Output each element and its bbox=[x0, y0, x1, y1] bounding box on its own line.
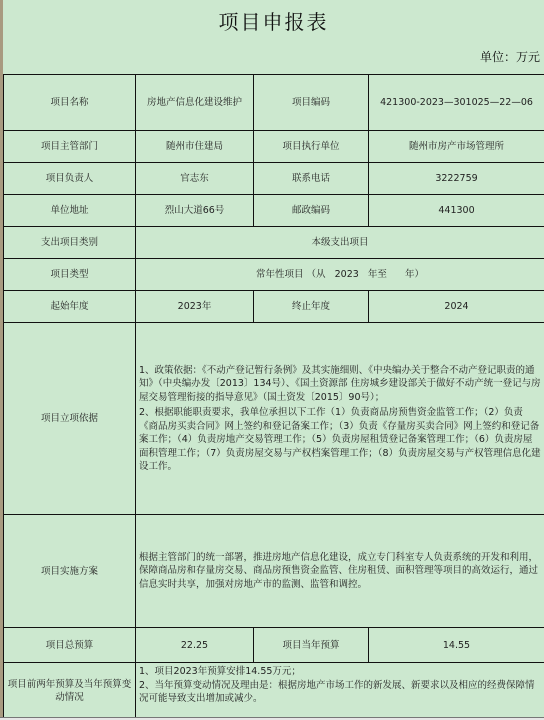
address-value[interactable]: 烈山大道66号 bbox=[136, 195, 254, 227]
project-code-label: 项目编码 bbox=[254, 75, 369, 131]
budget-change-paragraph-1: 1、项目2023年预算安排14.55万元； bbox=[139, 665, 541, 679]
leader-value[interactable]: 官志东 bbox=[136, 163, 254, 195]
project-name-label: 项目名称 bbox=[4, 75, 136, 131]
unit-label: 单位：万元 bbox=[480, 48, 540, 65]
project-type-value[interactable]: 常年性项目 （从 2023 年至 年） bbox=[136, 259, 544, 291]
start-year-label: 起始年度 bbox=[4, 291, 136, 323]
table-row: 项目主管部门 随州市住建局 项目执行单位 随州市房产市场管理所 bbox=[4, 131, 544, 163]
plan-value[interactable]: 根据主管部门的统一部署，推进房地产信息化建设，成立专门科室专人负责系统的开发和利… bbox=[136, 515, 544, 628]
table-row: 单位地址 烈山大道66号 邮政编码 441300 bbox=[4, 195, 544, 227]
year-budget-label: 项目当年预算 bbox=[254, 628, 369, 663]
basis-paragraph-1: 1、政策依据：《不动产登记暂行条例》及其实施细则、《中央编办关于整合不动产登记职… bbox=[139, 364, 541, 405]
dept-label: 项目主管部门 bbox=[4, 131, 136, 163]
expense-type-label: 支出项目类别 bbox=[4, 227, 136, 259]
postcode-value[interactable]: 441300 bbox=[369, 195, 544, 227]
end-year-label: 终止年度 bbox=[254, 291, 369, 323]
table-row: 项目立项依据 1、政策依据：《不动产登记暂行条例》及其实施细则、《中央编办关于整… bbox=[4, 323, 544, 515]
table-row: 项目类型 常年性项目 （从 2023 年至 年） bbox=[4, 259, 544, 291]
basis-value[interactable]: 1、政策依据：《不动产登记暂行条例》及其实施细则、《中央编办关于整合不动产登记职… bbox=[136, 323, 544, 515]
end-year-value[interactable]: 2024 bbox=[369, 291, 544, 323]
table-row: 项目前两年预算及当年预算变动情况 1、项目2023年预算安排14.55万元； 2… bbox=[4, 663, 544, 719]
phone-value[interactable]: 3222759 bbox=[369, 163, 544, 195]
table-row: 起始年度 2023年 终止年度 2024 bbox=[4, 291, 544, 323]
table-row: 项目负责人 官志东 联系电话 3222759 bbox=[4, 163, 544, 195]
table-row: 项目实施方案 根据主管部门的统一部署，推进房地产信息化建设，成立专门科室专人负责… bbox=[4, 515, 544, 628]
budget-change-value[interactable]: 1、项目2023年预算安排14.55万元； 2、当年预算变动情况及理由是：根据房… bbox=[136, 663, 544, 719]
project-type-label: 项目类型 bbox=[4, 259, 136, 291]
leader-label: 项目负责人 bbox=[4, 163, 136, 195]
application-form-table: 项目名称 房地产信息化建设维护 项目编码 421300-2023—301025—… bbox=[3, 74, 544, 719]
budget-change-paragraph-2: 2、当年预算变动情况及理由是：根据房地产市场工作的新发展、新要求以及相应的经费保… bbox=[139, 679, 541, 706]
plan-label: 项目实施方案 bbox=[4, 515, 136, 628]
year-budget-value[interactable]: 14.55 bbox=[369, 628, 544, 663]
project-application-sheet: 项目申报表 单位：万元 项目名称 房地产信息化建设维护 项目编码 421300-… bbox=[3, 0, 544, 720]
project-name-value[interactable]: 房地产信息化建设维护 bbox=[136, 75, 254, 131]
table-row: 项目名称 房地产信息化建设维护 项目编码 421300-2023—301025—… bbox=[4, 75, 544, 131]
phone-label: 联系电话 bbox=[254, 163, 369, 195]
postcode-label: 邮政编码 bbox=[254, 195, 369, 227]
table-row: 项目总预算 22.25 项目当年预算 14.55 bbox=[4, 628, 544, 663]
exec-unit-value[interactable]: 随州市房产市场管理所 bbox=[369, 131, 544, 163]
total-budget-value[interactable]: 22.25 bbox=[136, 628, 254, 663]
exec-unit-label: 项目执行单位 bbox=[254, 131, 369, 163]
address-label: 单位地址 bbox=[4, 195, 136, 227]
table-row: 支出项目类别 本级支出项目 bbox=[4, 227, 544, 259]
page-title: 项目申报表 bbox=[3, 6, 544, 35]
total-budget-label: 项目总预算 bbox=[4, 628, 136, 663]
basis-paragraph-2: 2、根据职能职责要求，我单位承担以下工作（1）负责商品房预售资金监管工作；（2）… bbox=[139, 406, 541, 474]
budget-change-label: 项目前两年预算及当年预算变动情况 bbox=[4, 663, 136, 719]
start-year-value[interactable]: 2023年 bbox=[136, 291, 254, 323]
basis-label: 项目立项依据 bbox=[4, 323, 136, 515]
expense-type-value[interactable]: 本级支出项目 bbox=[136, 227, 544, 259]
project-code-value[interactable]: 421300-2023—301025—22—06 bbox=[369, 75, 544, 131]
dept-value[interactable]: 随州市住建局 bbox=[136, 131, 254, 163]
